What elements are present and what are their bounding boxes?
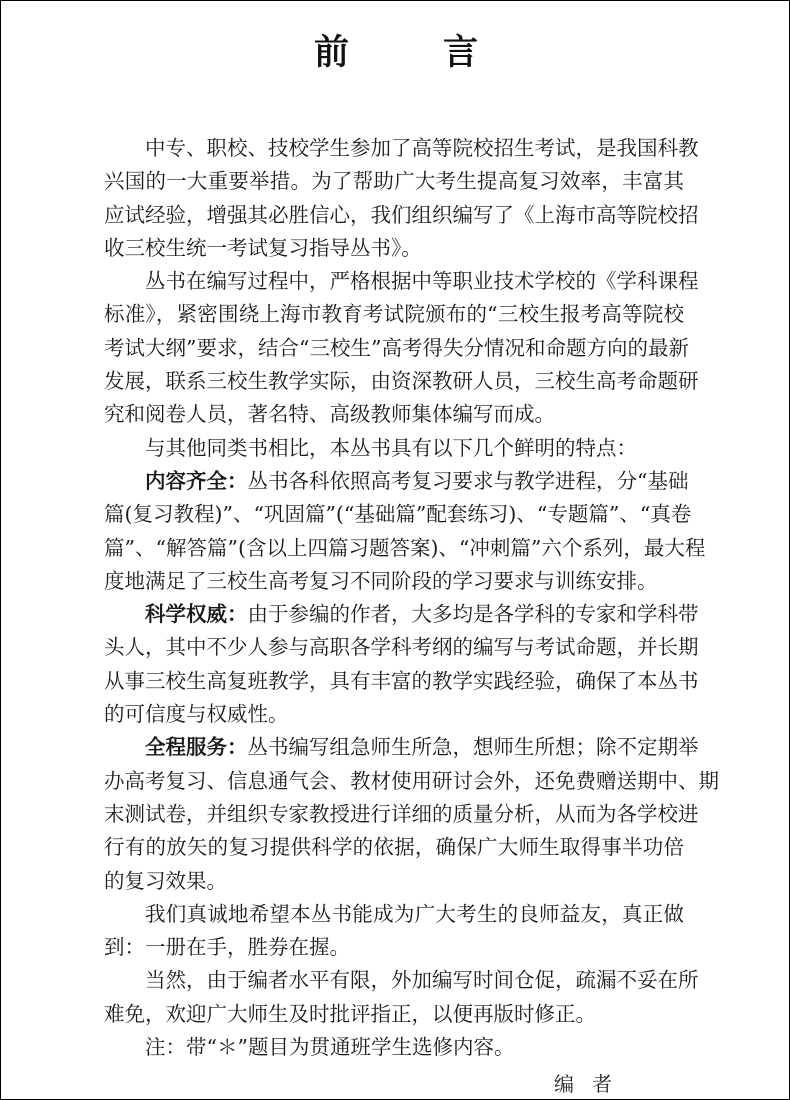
signature-char-2: 者 (592, 1068, 612, 1097)
text-line: 从事三校生高复班教学，具有丰富的教学实践经验，确保了本丛书 (104, 665, 684, 698)
title-char-1: 前 (314, 25, 349, 75)
text-line: 发展，联系三校生教学实际，由资深教研人员，三校生高考命题研 (104, 365, 684, 398)
feature-heading: 内容齐全： (145, 469, 248, 493)
text-line: 丛书在编写过程中，严格根据中等职业技术学校的《学科课程 (104, 265, 684, 298)
signature: 编者 (554, 1068, 630, 1097)
paragraph-feature-complete: 内容齐全：丛书各科依照高考复习要求与教学进程，分“基础 篇(复习教程)”、“巩固… (104, 465, 684, 598)
paragraph-feature-authority: 科学权威：由于参编的作者，大多均是各学科的专家和学科带 头人，其中不少人参与高职… (104, 598, 684, 731)
paragraph-intro: 中专、职校、技校学生参加了高等院校招生考试，是我国科教 兴国的一大重要举措。为了… (104, 132, 684, 265)
paragraph-apology: 当然，由于编者水平有限，外加编写时间仓促，疏漏不妥在所 难免，欢迎广大师生及时批… (104, 964, 684, 1031)
text-line: 由于参编的作者，大多均是各学科的专家和学科带 (248, 602, 699, 626)
text-line: 末测试卷，并组织专家教授进行详细的质量分析，从而为各学校进 (104, 798, 684, 831)
text-line: 办高考复习、信息通气会、教材使用研讨会外，还免费赠送期中、期 (104, 765, 684, 798)
preface-body: 中专、职校、技校学生参加了高等院校招生考试，是我国科教 兴国的一大重要举措。为了… (104, 132, 684, 1064)
document-page: 前言 中专、职校、技校学生参加了高等院校招生考试，是我国科教 兴国的一大重要举措… (0, 0, 790, 1100)
feature-heading: 科学权威： (145, 602, 248, 626)
text-line: 我们真诚地希望本丛书能成为广大考生的良师益友，真正做 (104, 898, 684, 931)
feature-heading: 全程服务： (145, 735, 248, 759)
text-line: 头人，其中不少人参与高职各学科考纲的编写与考试命题，并长期 (104, 631, 684, 664)
text-line: 到：一册在手，胜券在握。 (104, 931, 684, 964)
text-line: 篇(复习教程)”、“巩固篇”(“基础篇”配套练习)、“专题篇”、“真卷 (104, 498, 684, 531)
signature-char-1: 编 (554, 1068, 574, 1097)
text-line: 兴国的一大重要举措。为了帮助广大考生提高复习效率，丰富其 (104, 165, 684, 198)
text-line: 度地满足了三校生高考复习不同阶段的学习要求与训练安排。 (104, 565, 684, 598)
title-char-2: 言 (443, 25, 478, 75)
text-line: 中专、职校、技校学生参加了高等院校招生考试，是我国科教 (104, 132, 684, 165)
text-line: 标准》，紧密围绕上海市教育考试院颁布的“三校生报考高等院校 (104, 298, 684, 331)
text-line: 考试大纲”要求，结合“三校生”高考得失分情况和命题方向的最新 (104, 332, 684, 365)
text-line: 篇”、“解答篇”(含以上四篇习题答案)、“冲刺篇”六个系列，最大程 (104, 532, 684, 565)
text-line: 当然，由于编者水平有限，外加编写时间仓促，疏漏不妥在所 (104, 964, 684, 997)
text-line: 究和阅卷人员，著名特、高级教师集体编写而成。 (104, 398, 684, 431)
text-line: 难免，欢迎广大师生及时批评指正，以便再版时修正。 (104, 998, 684, 1031)
paragraph-note: 注：带“＊”题目为贯通班学生选修内容。 (104, 1031, 684, 1064)
text-line: 丛书各科依照高考复习要求与教学进程，分“基础 (248, 469, 689, 493)
text-line: 的可信度与权威性。 (104, 698, 684, 731)
text-line: 行有的放矢的复习提供科学的依据，确保广大师生取得事半功倍 (104, 831, 684, 864)
text-line: 注：带“＊”题目为贯通班学生选修内容。 (104, 1031, 684, 1064)
page-title: 前言 (1, 25, 790, 75)
text-line: 与其他同类书相比，本丛书具有以下几个鲜明的特点： (104, 432, 684, 465)
text-line: 应试经验，增强其必胜信心，我们组织编写了《上海市高等院校招 (104, 199, 684, 232)
paragraph-features-intro: 与其他同类书相比，本丛书具有以下几个鲜明的特点： (104, 432, 684, 465)
paragraph-hope: 我们真诚地希望本丛书能成为广大考生的良师益友，真正做 到：一册在手，胜券在握。 (104, 898, 684, 965)
text-line: 收三校生统一考试复习指导丛书》。 (104, 232, 684, 265)
paragraph-feature-service: 全程服务：丛书编写组急师生所急，想师生所想；除不定期举 办高考复习、信息通气会、… (104, 731, 684, 897)
paragraph-compilation: 丛书在编写过程中，严格根据中等职业技术学校的《学科课程 标准》，紧密围绕上海市教… (104, 265, 684, 431)
text-line: 的复习效果。 (104, 865, 684, 898)
text-line: 丛书编写组急师生所急，想师生所想；除不定期举 (248, 735, 699, 759)
